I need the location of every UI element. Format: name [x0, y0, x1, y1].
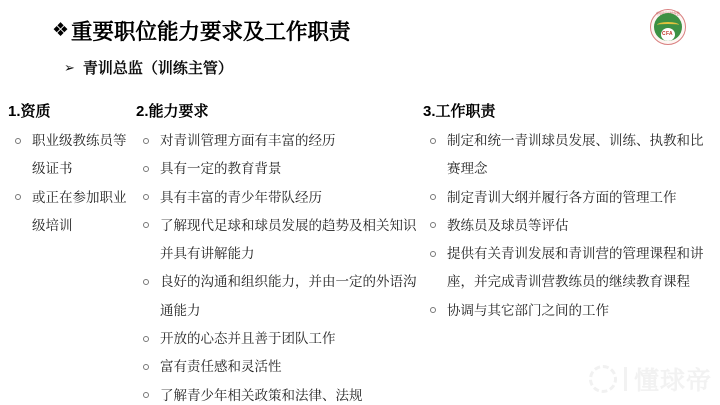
- list-item: 制定青训大纲并履行各方面的管理工作: [423, 184, 716, 212]
- list-item: 提供有关青训发展和青训营的管理课程和讲座，并完成青训营教练员的继续教育课程: [423, 240, 716, 297]
- list-item: 教练员及球员等评估: [423, 212, 716, 240]
- column-heading: 1.资质: [8, 101, 136, 122]
- column-ability-requirements: 2.能力要求 对青训管理方面有丰富的经历具有一定的教育背景具有丰富的青少年带队经…: [136, 101, 423, 405]
- list-item: 职业级教练员等级证书: [8, 127, 136, 184]
- logo-green-field: CFA: [654, 13, 682, 41]
- list-item: 开放的心态并且善于团队工作: [136, 325, 423, 353]
- arrow-bullet-icon: ➢: [64, 61, 75, 74]
- list-item: 协调与其它部门之间的工作: [423, 297, 716, 325]
- slide-title-text: 重要职位能力要求及工作职责: [71, 15, 351, 46]
- slide-subtitle: ➢ 青训总监（训练主管）: [64, 57, 233, 78]
- list-item: 富有责任感和灵活性: [136, 353, 423, 381]
- content-columns: 1.资质 职业级教练员等级证书或正在参加职业级培训 2.能力要求 对青训管理方面…: [8, 101, 716, 405]
- list-item: 了解青少年相关政策和法律、法规: [136, 382, 423, 405]
- column-heading: 3.工作职责: [423, 101, 716, 122]
- list-item: 良好的沟通和组织能力，并由一定的外语沟通能力: [136, 268, 423, 325]
- list-item: 具有丰富的青少年带队经历: [136, 184, 423, 212]
- list-item: 对青训管理方面有丰富的经历: [136, 127, 423, 155]
- column-job-responsibilities: 3.工作职责 制定和统一青训球员发展、训练、执教和比赛理念制定青训大纲并履行各方…: [423, 101, 716, 405]
- column-heading: 2.能力要求: [136, 101, 423, 122]
- column-qualifications: 1.资质 职业级教练员等级证书或正在参加职业级培训: [8, 101, 136, 405]
- slide-subtitle-text: 青训总监（训练主管）: [83, 57, 233, 78]
- list-item: 制定和统一青训球员发展、训练、执教和比赛理念: [423, 127, 716, 184]
- football-icon: CFA: [661, 28, 675, 41]
- diamond-bullet-icon: ❖: [52, 21, 69, 40]
- bullet-list: 对青训管理方面有丰富的经历具有一定的教育背景具有丰富的青少年带队经历了解现代足球…: [136, 127, 423, 405]
- bullet-list: 制定和统一青训球员发展、训练、执教和比赛理念制定青训大纲并履行各方面的管理工作教…: [423, 127, 716, 325]
- logo-abbr: CFA: [662, 31, 673, 37]
- list-item: 或正在参加职业级培训: [8, 184, 136, 241]
- cfa-logo: 中国足球协会 CFA: [650, 9, 686, 45]
- bullet-list: 职业级教练员等级证书或正在参加职业级培训: [8, 127, 136, 240]
- list-item: 了解现代足球和球员发展的趋势及相关知识并具有讲解能力: [136, 212, 423, 269]
- list-item: 具有一定的教育背景: [136, 155, 423, 183]
- slide-title: ❖ 重要职位能力要求及工作职责: [52, 15, 351, 46]
- presentation-slide: ❖ 重要职位能力要求及工作职责 中国足球协会 CFA ➢ 青训总监（训练主管） …: [0, 0, 720, 405]
